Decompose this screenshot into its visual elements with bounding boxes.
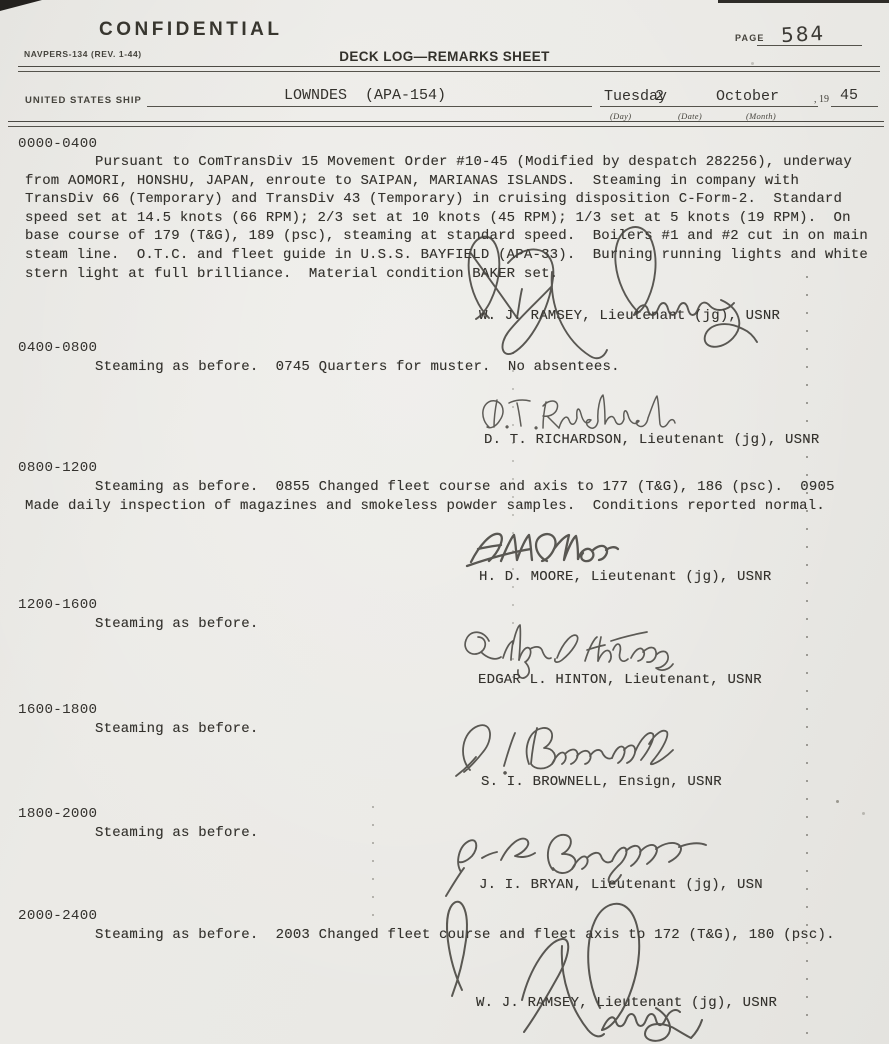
- day-column-label: (Day): [610, 111, 631, 121]
- date-underline: [600, 106, 818, 107]
- scan-top-edge-artifact: [718, 0, 889, 3]
- date-date-value: 2: [655, 88, 664, 105]
- paper-speck: [836, 800, 839, 803]
- date-month-value: October: [716, 88, 779, 105]
- officer-signature-typed: W. J. RAMSEY, Lieutenant (jg), USNR: [479, 308, 780, 324]
- page-number-handwritten: 584: [780, 21, 825, 47]
- watch-period-heading: 2000-2400: [18, 908, 97, 924]
- scan-corner-artifact: [0, 0, 42, 11]
- officer-signature-typed: W. J. RAMSEY, Lieutenant (jg), USNR: [476, 995, 777, 1011]
- ship-label: UNITED STATES SHIP: [25, 95, 142, 106]
- watch-remarks-text: Steaming as before.: [25, 720, 873, 739]
- page-label: PAGE: [735, 33, 765, 43]
- classification-stamp: CONFIDENTIAL: [99, 19, 282, 41]
- officer-signature-typed: J. I. BRYAN, Lieutenant (jg), USN: [479, 877, 763, 893]
- watch-remarks-text: Steaming as before.: [25, 615, 873, 634]
- ship-name-underline: [147, 106, 592, 107]
- watch-remarks-text: Steaming as before. 0855 Changed fleet c…: [25, 478, 873, 515]
- ship-name: LOWNDES (APA-154): [284, 87, 446, 104]
- watch-remarks-text: Steaming as before. 2003 Changed fleet c…: [25, 926, 873, 945]
- perforation-dots-middle: [512, 352, 514, 692]
- date-column-label: (Date): [678, 111, 702, 121]
- year-value: 45: [840, 87, 858, 104]
- watch-period-heading: 1600-1800: [18, 702, 97, 718]
- watch-period-heading: 0000-0400: [18, 136, 97, 152]
- officer-signature-typed: S. I. BROWNELL, Ensign, USNR: [481, 774, 722, 790]
- watch-period-heading: 0800-1200: [18, 460, 97, 476]
- watch-period-heading: 0400-0800: [18, 340, 97, 356]
- officer-signature-typed: EDGAR L. HINTON, Lieutenant, USNR: [478, 672, 762, 688]
- watch-remarks-text: Pursuant to ComTransDiv 15 Movement Orde…: [25, 153, 873, 283]
- month-column-label: (Month): [746, 111, 776, 121]
- watch-remarks-text: Steaming as before. 0745 Quarters for mu…: [25, 358, 873, 377]
- officer-signature-typed: D. T. RICHARDSON, Lieutenant (jg), USNR: [484, 432, 819, 448]
- signature-script-ramsey-2: [447, 902, 702, 1041]
- year-underline: [831, 106, 878, 107]
- watch-period-heading: 1200-1600: [18, 597, 97, 613]
- paper-speck: [862, 812, 865, 815]
- officer-signature-typed: H. D. MOORE, Lieutenant (jg), USNR: [479, 569, 771, 585]
- header-double-rule-top: [18, 66, 880, 72]
- deck-log-remarks-sheet: CONFIDENTIAL PAGE 584 NAVPERS-134 (REV. …: [0, 0, 889, 1044]
- year-prefix: , 19: [814, 94, 829, 105]
- watch-period-heading: 1800-2000: [18, 806, 97, 822]
- signature-script-moore: [467, 534, 618, 566]
- perforation-dots-lower: [372, 806, 374, 918]
- watch-remarks-text: Steaming as before.: [25, 824, 873, 843]
- header-double-rule-bottom: [8, 121, 884, 127]
- sheet-title: DECK LOG—REMARKS SHEET: [0, 49, 889, 64]
